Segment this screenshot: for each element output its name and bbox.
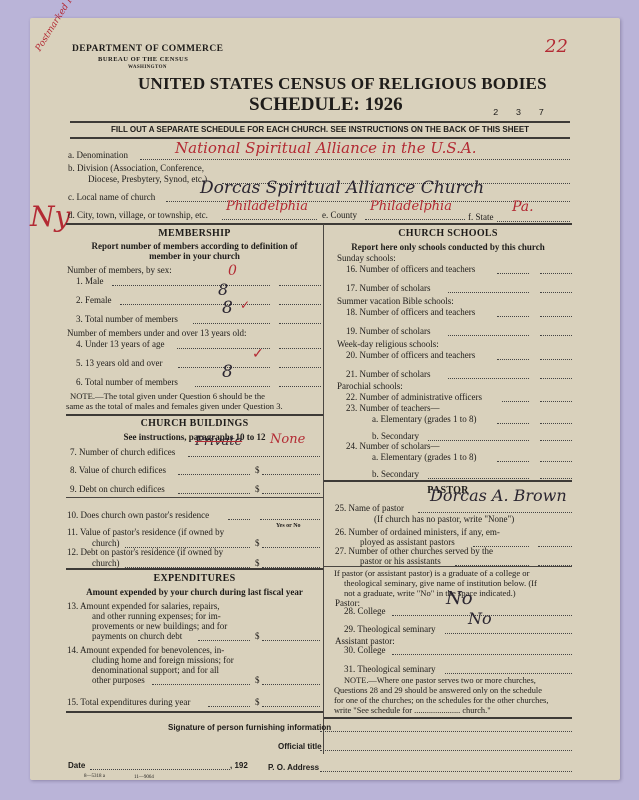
- page-number-mark: 22: [545, 36, 568, 57]
- church-name-label: c. Local name of church: [68, 192, 155, 203]
- official-title-label: Official title: [278, 741, 322, 752]
- scholars-secondary-leader: [428, 468, 529, 479]
- state-value: Pa.: [512, 199, 534, 215]
- county-label: e. County: [322, 210, 357, 221]
- edifices-value-label: 8. Value of church edifices: [70, 465, 166, 476]
- total-expenditures-leader: [208, 696, 250, 707]
- parochial-schools-label: Parochial schools:: [337, 381, 403, 392]
- scholars-secondary-field[interactable]: [540, 468, 572, 479]
- edifices-count-label: 7. Number of church edifices: [70, 447, 175, 458]
- serial-stamp: 2 3 7: [493, 108, 550, 118]
- date-label: Date: [68, 760, 85, 771]
- po-address-field[interactable]: [320, 761, 572, 772]
- checkmark-icon: ✓: [240, 298, 250, 313]
- church-schools-title: CHURCH SCHOOLS: [324, 228, 572, 239]
- official-title-field[interactable]: [320, 740, 572, 751]
- expenditures-title: EXPENDITURES: [66, 573, 323, 584]
- form-code: 8—5318 a: [84, 771, 105, 782]
- date-year-prefix: , 192: [230, 760, 248, 771]
- signature-label: Signature of person furnishing informati…: [168, 722, 331, 733]
- currency-sign: $: [255, 538, 260, 549]
- pastor-name-value: Dorcas A. Brown: [430, 486, 567, 505]
- checkmark-icon: ✓: [252, 346, 264, 363]
- total-members-value: 8: [222, 298, 233, 318]
- membership-title: MEMBERSHIP: [66, 228, 323, 239]
- scholars-label: 24. Number of scholars—: [346, 441, 439, 452]
- assistant-ministers-field[interactable]: [538, 536, 572, 547]
- total-expenditures-label: 15. Total expenditures during year: [67, 697, 190, 708]
- assistant-college-field[interactable]: [392, 644, 572, 655]
- scholars-secondary-label: b. Secondary: [372, 469, 419, 480]
- weekday-scholars-label: 21. Number of scholars: [346, 369, 430, 380]
- under-13-field[interactable]: [279, 338, 321, 349]
- expenditures-subtitle: Amount expended by your church during la…: [66, 587, 323, 598]
- form-title: UNITED STATES CENSUS OF RELIGIOUS BODIES: [138, 74, 547, 94]
- county-value: Philadelphia: [370, 199, 452, 214]
- admin-officers-label: 22. Number of administrative officers: [346, 392, 482, 403]
- summer-scholars-leader: [448, 325, 529, 336]
- weekday-schools-label: Week-day religious schools:: [337, 339, 439, 350]
- under-13-label: 4. Under 13 years of age: [76, 339, 164, 350]
- schedule-title: SCHEDULE: 1926: [249, 94, 403, 116]
- other-churches-field[interactable]: [538, 555, 572, 566]
- sunday-schools-label: Sunday schools:: [337, 253, 396, 264]
- summer-officers-leader: [497, 306, 529, 317]
- teachers-elementary-leader: [497, 413, 529, 424]
- owns-residence-field[interactable]: [260, 509, 320, 520]
- benevolences-label-cont: other purposes: [92, 675, 145, 686]
- edifices-debt-label: 9. Debt on church edifices: [70, 484, 165, 495]
- other-churches-leader: [455, 555, 529, 566]
- total-members-field[interactable]: [279, 313, 321, 324]
- department-label: DEPARTMENT OF COMMERCE: [72, 44, 223, 54]
- currency-sign: $: [255, 697, 260, 708]
- graduate-note-cont: not a graduate, write "No" in the space …: [344, 588, 516, 599]
- summer-schools-label: Summer vacation Bible schools:: [337, 296, 454, 307]
- admin-officers-leader: [502, 391, 529, 402]
- sunday-scholars-leader: [448, 282, 529, 293]
- scholars-elementary-label: a. Elementary (grades 1 to 8): [372, 452, 476, 463]
- residence-value-field[interactable]: [262, 537, 320, 548]
- male-field[interactable]: [279, 275, 321, 286]
- edifices-value-field[interactable]: [262, 464, 320, 475]
- total-members-age-value: 8: [222, 362, 233, 382]
- assistant-seminary-field[interactable]: [445, 663, 572, 674]
- membership-subtitle-cont: member in your church: [66, 251, 323, 262]
- yes-or-no-hint: Yes or No: [276, 521, 301, 532]
- currency-sign: $: [255, 484, 260, 495]
- church-buildings-title: CHURCH BUILDINGS: [66, 418, 323, 429]
- teachers-secondary-leader: [428, 430, 529, 441]
- weekday-officers-field[interactable]: [540, 349, 572, 360]
- denomination-label: a. Denomination: [68, 150, 128, 161]
- church-schools-subtitle: Report here only schools conducted by th…: [324, 242, 572, 253]
- pastor-note-cont: write "See schedule for ................…: [334, 705, 491, 716]
- assistant-college-label: 30. College: [344, 645, 386, 656]
- city-value: Philadelphia: [226, 199, 308, 214]
- church-name-value: Dorcas Spiritual Alliance Church: [200, 178, 484, 198]
- male-value: 0: [228, 263, 237, 279]
- pastor-name-hint: (If church has no pastor, write "None"): [374, 514, 514, 525]
- instruction-line: FILL OUT A SEPARATE SCHEDULE FOR EACH CH…: [70, 125, 570, 134]
- summer-scholars-field[interactable]: [540, 325, 572, 336]
- running-expenses-leader: [198, 630, 250, 641]
- summer-officers-field[interactable]: [540, 306, 572, 317]
- admin-officers-field[interactable]: [540, 391, 572, 402]
- total-expenditures-field[interactable]: [262, 696, 320, 707]
- edifices-debt-field[interactable]: [262, 483, 320, 494]
- residence-debt-leader: [125, 557, 250, 568]
- pastor-college-label: 28. College: [344, 606, 386, 617]
- scholars-elementary-leader: [497, 451, 529, 462]
- sunday-scholars-label: 17. Number of scholars: [346, 283, 430, 294]
- teachers-elementary-label: a. Elementary (grades 1 to 8): [372, 414, 476, 425]
- weekday-scholars-leader: [448, 368, 529, 379]
- total-members-age-label: 6. Total number of members: [76, 377, 178, 388]
- edifices-debt-leader: [178, 483, 250, 494]
- form-code-secondary: 11—9064: [134, 772, 154, 783]
- left-margin-mark: Ny: [30, 200, 70, 233]
- city-label: WASHINGTON: [128, 65, 167, 70]
- pastor-college-value: No: [446, 588, 473, 609]
- city-label: d. City, town, village, or township, etc…: [68, 210, 208, 221]
- benevolences-leader: [152, 674, 250, 685]
- sunday-officers-label: 16. Number of officers and teachers: [346, 264, 475, 275]
- sunday-officers-leader: [497, 263, 529, 274]
- teachers-elementary-field[interactable]: [540, 413, 572, 424]
- owns-residence-leader: [228, 509, 250, 520]
- teachers-label: 23. Number of teachers—: [346, 403, 439, 414]
- currency-sign: $: [255, 465, 260, 476]
- female-value: 8: [218, 280, 228, 299]
- summer-officers-label: 18. Number of officers and teachers: [346, 307, 475, 318]
- division-label: b. Division (Association, Conference,: [68, 163, 204, 174]
- state-label: f. State: [468, 212, 494, 223]
- edifices-count-correction: None: [270, 432, 305, 447]
- male-leader: [112, 275, 270, 286]
- currency-sign: $: [255, 631, 260, 642]
- total-members-label: 3. Total number of members: [76, 314, 178, 325]
- pastor-seminary-label: 29. Theological seminary: [344, 624, 436, 635]
- denomination-value: National Spiritual Alliance in the U.S.A…: [175, 139, 477, 157]
- male-label: 1. Male: [76, 276, 104, 287]
- edifices-count-value: Private: [195, 434, 242, 449]
- running-expenses-field[interactable]: [262, 630, 320, 641]
- date-field[interactable]: [90, 759, 230, 770]
- currency-sign: $: [255, 675, 260, 686]
- female-field[interactable]: [279, 294, 321, 305]
- female-label: 2. Female: [76, 295, 112, 306]
- weekday-officers-label: 20. Number of officers and teachers: [346, 350, 475, 361]
- weekday-scholars-field[interactable]: [540, 368, 572, 379]
- sunday-officers-field[interactable]: [540, 263, 572, 274]
- teachers-secondary-field[interactable]: [540, 430, 572, 441]
- membership-note-cont: same as the total of males and females g…: [66, 401, 283, 412]
- division-label-cont: Diocese, Presbytery, Synod, etc.): [88, 174, 207, 185]
- running-expenses-label-cont: payments on church debt: [92, 631, 182, 642]
- over-13-label: 5. 13 years old and over: [76, 358, 162, 369]
- assistant-seminary-label: 31. Theological seminary: [344, 664, 436, 675]
- residence-debt-field[interactable]: [262, 557, 320, 568]
- weekday-officers-leader: [497, 349, 529, 360]
- signature-field[interactable]: [320, 721, 572, 732]
- total-members-age-field[interactable]: [279, 376, 321, 387]
- pastor-seminary-field[interactable]: [445, 623, 572, 634]
- pastor-seminary-value: No: [468, 609, 492, 628]
- over-13-field[interactable]: [279, 357, 321, 368]
- scholars-elementary-field[interactable]: [540, 451, 572, 462]
- po-address-label: P. O. Address: [268, 762, 319, 773]
- owns-residence-label: 10. Does church own pastor's residence: [67, 510, 209, 521]
- pastor-name-label: 25. Name of pastor: [335, 503, 404, 514]
- summer-scholars-label: 19. Number of scholars: [346, 326, 430, 337]
- sunday-scholars-field[interactable]: [540, 282, 572, 293]
- edifices-value-leader: [178, 464, 250, 475]
- bureau-label: BUREAU OF THE CENSUS: [98, 56, 188, 63]
- benevolences-field[interactable]: [262, 674, 320, 685]
